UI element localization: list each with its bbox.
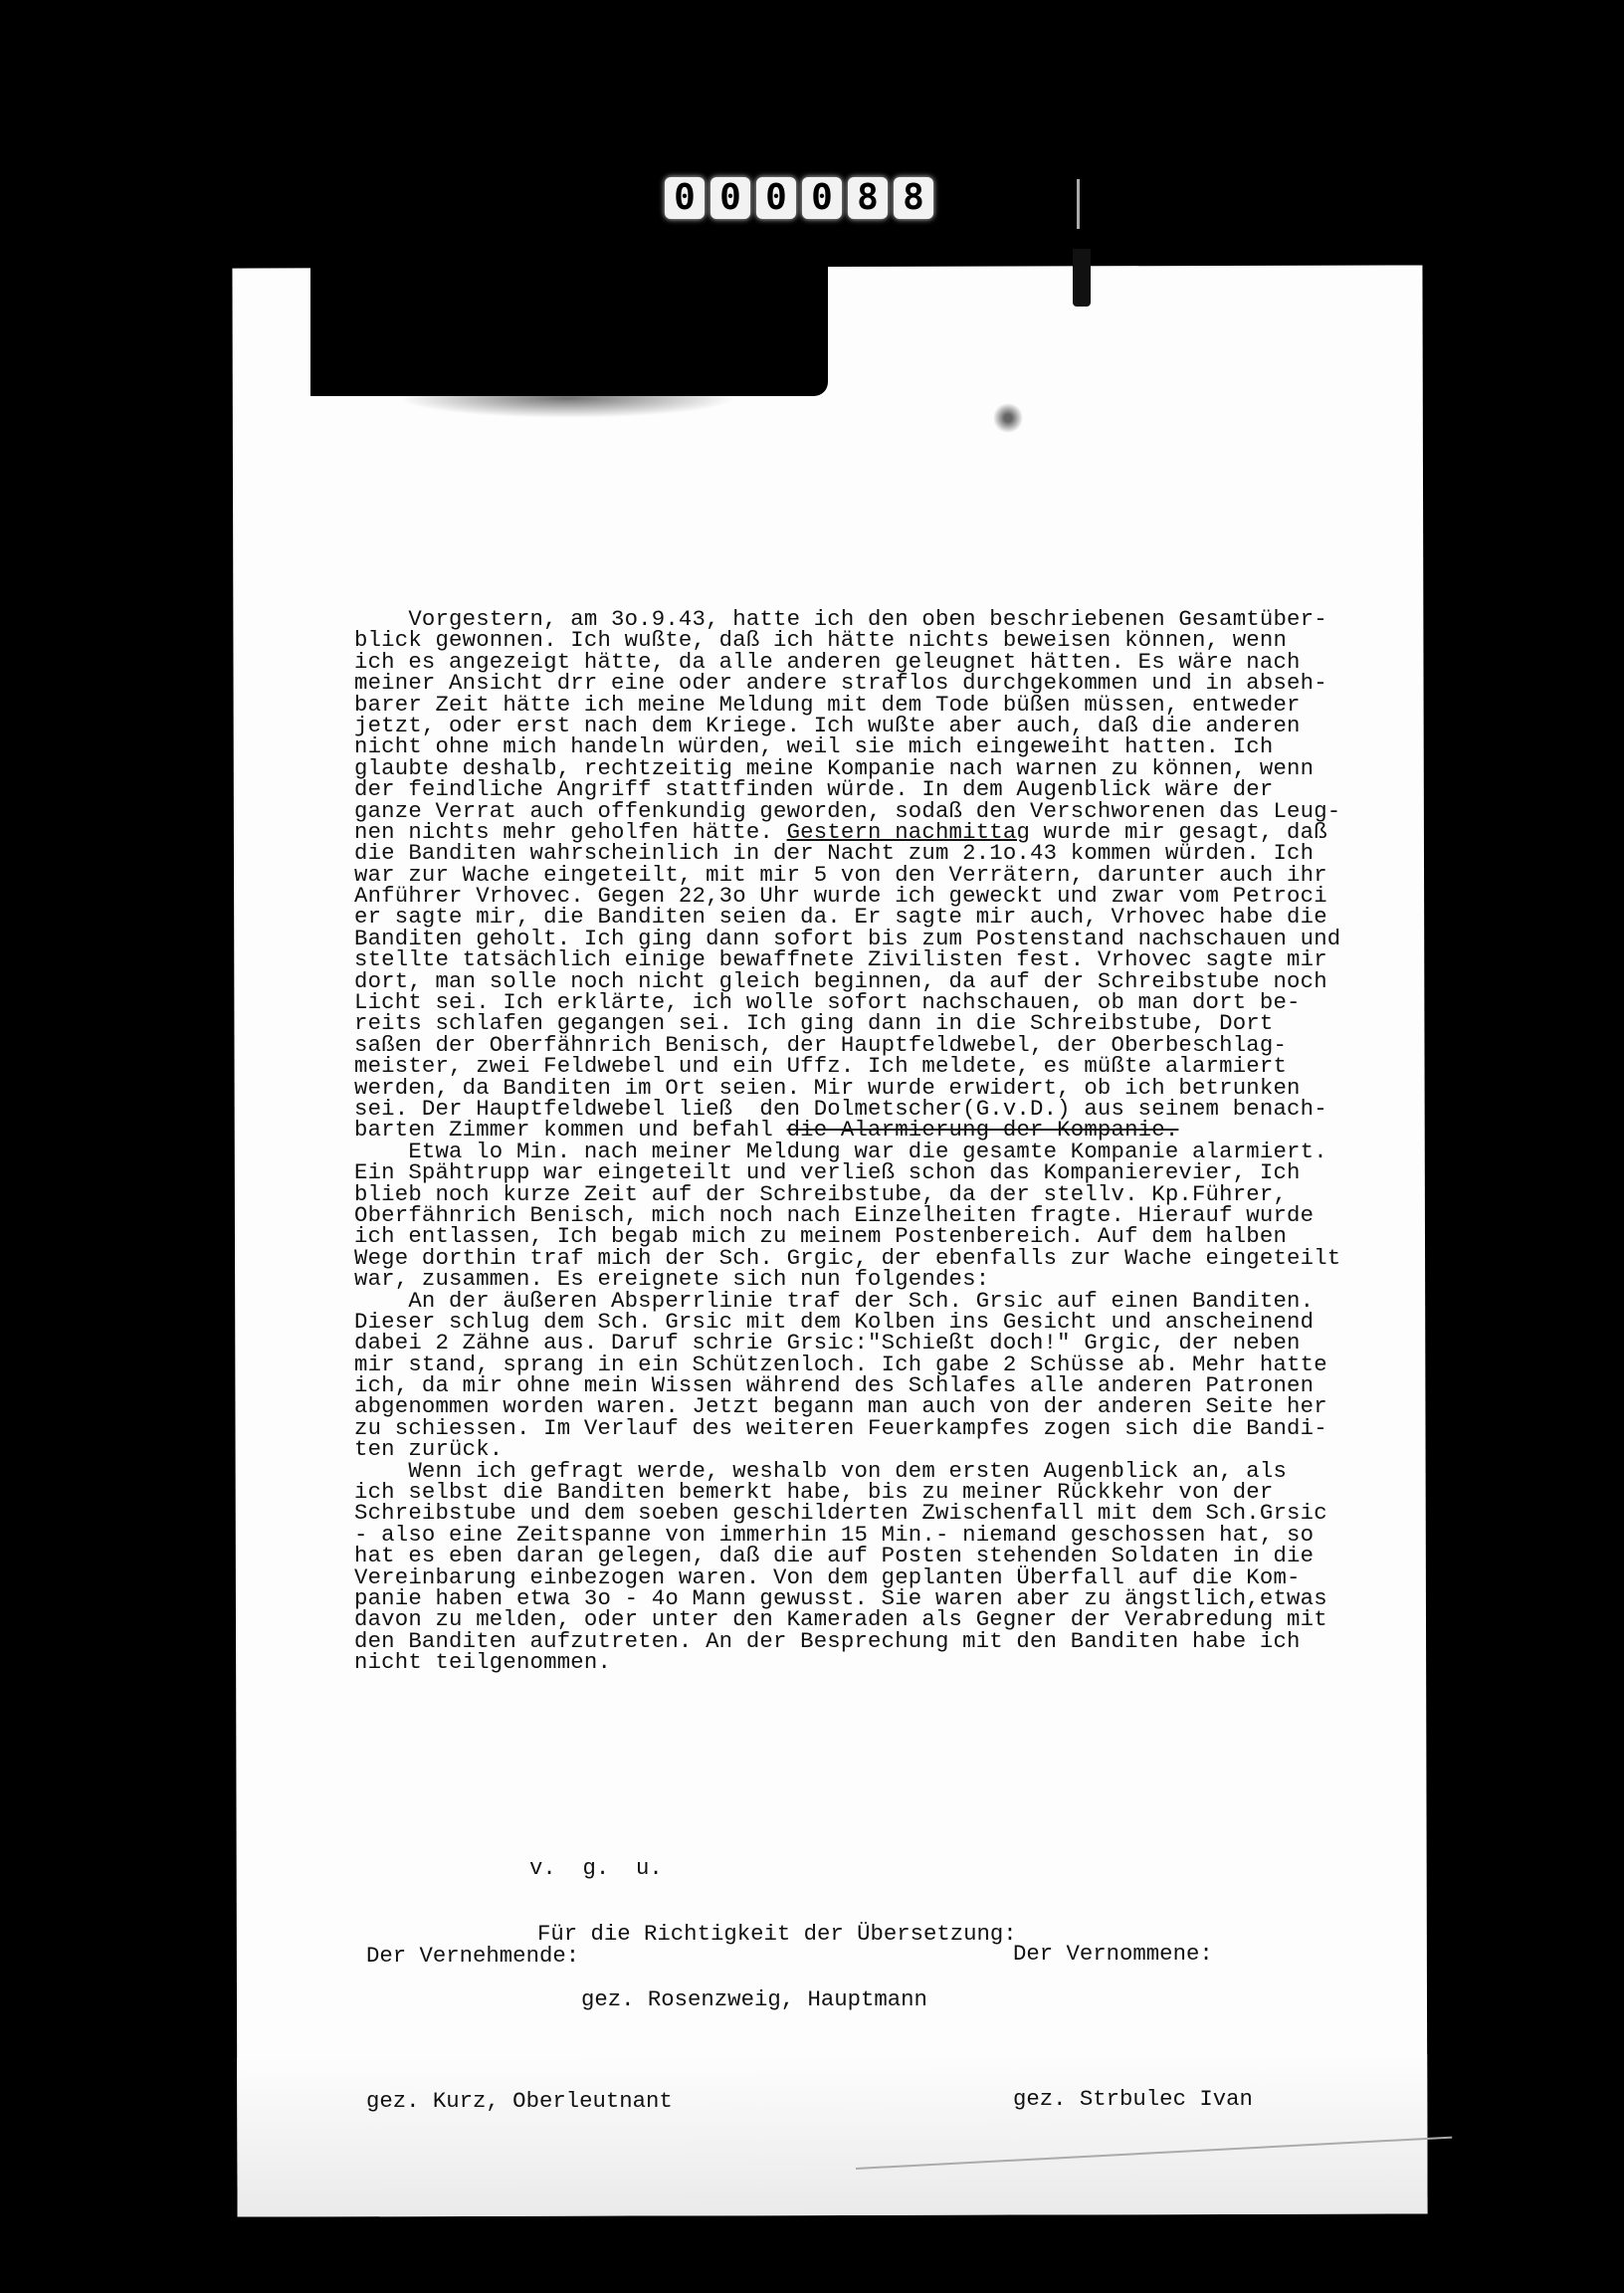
microfilm-frame-number: 0 0 0 0 8 8: [665, 177, 933, 219]
scan-speckle: [993, 398, 1023, 438]
frame-digit: 0: [802, 177, 842, 219]
interrogator-name: gez. Kurz, Oberleutnant: [366, 2090, 673, 2112]
frame-digit: 8: [894, 177, 933, 219]
interrogator-signature-block: Der Vernehmende: gez. Kurz, Oberleutnant: [366, 1901, 673, 2134]
text-line: zu schiessen. Im Verlauf des weiteren Fe…: [354, 1418, 1409, 1439]
frame-tick-mark: [1077, 179, 1080, 229]
clip-shadow-block: [310, 249, 828, 396]
statement-body: Vorgestern, am 3o.9.43, hatte ich den ob…: [354, 609, 1409, 1674]
frame-digit: 0: [756, 177, 796, 219]
frame-digit: 0: [665, 177, 705, 219]
clip-tab: [1073, 249, 1091, 307]
vgu-line: v. g. u.: [354, 1857, 1409, 1879]
interrogee-label: Der Vernommene:: [1013, 1943, 1253, 1965]
interrogee-signature-block: Der Vernommene: gez. Strbulec Ivan: [1013, 1899, 1253, 2132]
frame-digit: 8: [848, 177, 888, 219]
interrogee-name: gez. Strbulec Ivan: [1013, 2088, 1253, 2110]
interrogator-label: Der Vernehmende:: [366, 1945, 673, 1967]
clip-shadow-gradient: [398, 378, 736, 418]
frame-digit: 0: [710, 177, 750, 219]
text-line: nicht teilgenommen.: [354, 1652, 1409, 1673]
